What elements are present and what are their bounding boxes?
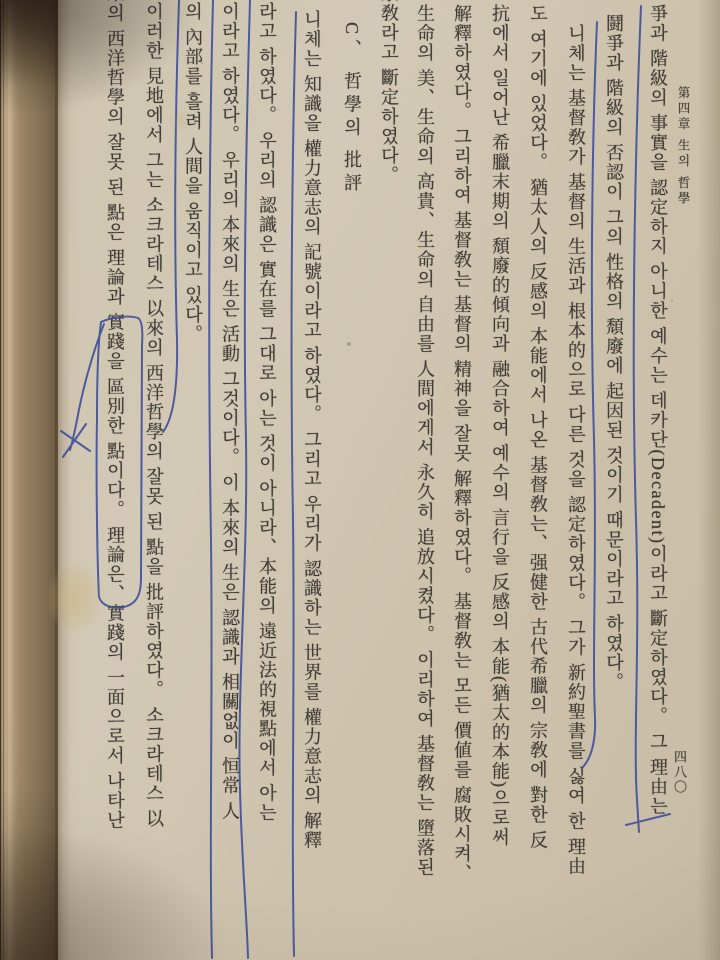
pen-line-col1 xyxy=(634,6,641,832)
page-number: 四八〇 xyxy=(670,750,689,795)
text-column-4: 도 여기에 있었다。 猶太人의 反感의 本能에서 나온 基督敎는、强健한 古代希… xyxy=(525,4,551,960)
text-column-1: 爭과 階級의 事實을 認定하지 아니한 예수는 데카단(Decadent)이라고… xyxy=(645,4,671,960)
text-column-7: 生命의 美、生命의 高貴、生命의 自由를 人間에게서 永久히 追放시켰다。 이리… xyxy=(412,4,438,960)
text-column-12: 이라고 하였다。 우리의 本來의 生은 活動 그것이다。 이 本來의 生은 認識… xyxy=(217,2,243,960)
text-column-11: 라고 하였다。 우리의 認識은 實在를 그대로 아는 것이 아니라、本能의 遠近… xyxy=(254,2,280,960)
gutter-shadow xyxy=(55,0,81,960)
text-column-3: 니체는 基督敎가 基督의 生活과 根本的으로 다른 것을 認定하였다。 그가 新… xyxy=(563,24,589,960)
ink-specks xyxy=(0,0,2,2)
text-column-8: 宗敎라고 斷定하였다。 xyxy=(376,0,402,204)
text-column-10: 니체는 知識을 權力意志의 記號이라고 하였다。 그리고 우리가 認識하는 世界… xyxy=(299,10,325,960)
text-column-5: 抗에서 일어난 希臘末期의 頹廢的傾向과 融合하여 예수의 言行을 反感의 本能… xyxy=(487,4,513,960)
text-column-14: 이러한 見地에서 그는 소크라테스 以來의 西洋哲學의 잘못 된 點을 批評하였… xyxy=(141,2,167,960)
pen-line-col12 xyxy=(209,0,213,958)
paper-stain-small xyxy=(166,106,192,136)
book-gutter-page-edges xyxy=(0,0,58,960)
chapter-running-head: 第四章 生의 哲學 xyxy=(674,86,692,207)
paper-stain xyxy=(38,552,110,644)
text-column-2: 鬪爭과 階級의 否認이 그의 性格의 頹廢에 起因된 것이기 때문이라고 하였다… xyxy=(601,14,627,960)
text-column-15: 來의 西洋哲學의 잘못 된 點은 理論과 實踐을 區別한 點이다。 理論은、實踐… xyxy=(102,0,128,960)
book-page-photo: 第四章 生의 哲學 四八〇 爭과 階級의 事實을 認定하지 아니한 예수는 데카… xyxy=(0,0,720,960)
text-column-6: 解釋하였다。 그리하여 基督敎는 基督의 精神을 잘못 解釋하였다。 基督敎는 … xyxy=(449,4,475,960)
pen-line-col10 xyxy=(292,12,296,956)
section-heading: C、 哲學의 批評 xyxy=(339,22,365,252)
text-column-13: 의 內部를 흘려 人間을 움직이고 있다。 xyxy=(180,2,206,442)
page-curve-shadow xyxy=(698,0,720,960)
